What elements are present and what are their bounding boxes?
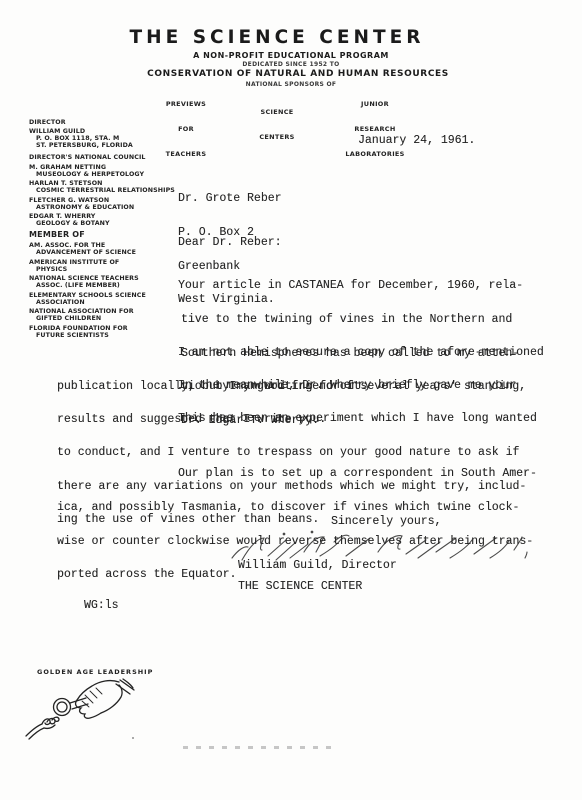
signed-name: William Guild, Director [238, 560, 397, 571]
scan-artifact-dashes [183, 746, 335, 749]
council-member-name: FLETCHER G. WATSON [29, 197, 181, 204]
director-city: ST. PETERSBURG, FLORIDA [29, 142, 181, 149]
membership-line: AM. ASSOC. FOR THE [29, 242, 181, 249]
body-line: Your article in CASTANEA for December, 1… [178, 280, 526, 291]
council-label: DIRECTOR'S NATIONAL COUNCIL [29, 154, 181, 161]
membership-line: ASSOCIATION [29, 299, 181, 306]
body-line: In the meanwhile, Dr. Wherry briefly gav… [57, 380, 516, 391]
scan-artifact-speck [132, 737, 134, 739]
sponsor-junior-research-laboratories: JUNIOR RESEARCH LABORATORIES [323, 84, 427, 174]
sponsor-line: LABORATORIES [323, 150, 427, 158]
council-member-field: ASTRONOMY & EDUCATION [29, 204, 181, 211]
director-address: P. O. BOX 1118, STA. M [29, 135, 181, 142]
sponsor-line: RESEARCH [323, 125, 427, 133]
sponsor-line: PREVIEWS [146, 100, 226, 108]
org-title: THE SCIENCE CENTER [0, 27, 568, 48]
salutation: Dear Dr. Reber: [178, 237, 282, 248]
body-line: tive to the twining of vines in the Nort… [178, 314, 526, 325]
golden-age-leadership-label: GOLDEN AGE LEADERSHIP [37, 668, 153, 676]
member-of-label: MEMBER OF [29, 230, 181, 239]
date-line: January 24, 1961. [358, 135, 475, 146]
org-subtitle-sponsors: NATIONAL SPONSORS OF [0, 81, 582, 88]
letter-document-page: THE SCIENCE CENTER A NON-PROFIT EDUCATIO… [0, 0, 582, 800]
membership-line: NATIONAL SCIENCE TEACHERS [29, 275, 181, 282]
council-member-field: COSMIC TERRESTRIAL RELATIONSHIPS [29, 187, 181, 194]
sponsor-line: SCIENCE [237, 108, 317, 116]
director-name: WILLIAM GUILD [29, 128, 181, 135]
membership-line: ASSOC. (LIFE MEMBER) [29, 282, 181, 289]
council-member-field: MUSEOLOGY & HERPETOLOGY [29, 171, 181, 178]
council-member-name: EDGAR T. WHERRY [29, 213, 181, 220]
body-line: This has been an experiment which I have… [57, 413, 537, 424]
membership-line: NATIONAL ASSOCIATION FOR [29, 308, 181, 315]
membership-line: AMERICAN INSTITUTE OF [29, 259, 181, 266]
sponsor-line: CENTERS [237, 133, 317, 141]
sponsor-science-centers: SCIENCE CENTERS [237, 92, 317, 158]
director-label: DIRECTOR [29, 119, 181, 126]
body-line: Our plan is to set up a correspondent in… [57, 468, 537, 479]
typist-initials: WG:ls [84, 600, 119, 611]
membership-line: ELEMENTARY SCHOOLS SCIENCE [29, 292, 181, 299]
sidebar: DIRECTOR WILLIAM GUILD P. O. BOX 1118, S… [29, 119, 181, 339]
org-subtitle-program: A NON-PROFIT EDUCATIONAL PROGRAM [0, 51, 582, 60]
body-line: I am not able to secure a copy of the af… [57, 347, 544, 358]
recipient-name: Dr. Grote Reber [178, 193, 282, 204]
body-line: ica, and possibly Tasmania, to discover … [57, 502, 537, 513]
sponsor-line: JUNIOR [323, 100, 427, 108]
letterhead: THE SCIENCE CENTER A NON-PROFIT EDUCATIO… [0, 0, 582, 88]
org-subtitle-conservation: CONSERVATION OF NATURAL AND HUMAN RESOUR… [7, 69, 582, 79]
signed-organization: THE SCIENCE CENTER [238, 581, 362, 592]
hand-passing-magnifying-glass-icon [24, 677, 142, 741]
membership-line: PHYSICS [29, 266, 181, 273]
council-member-name: M. GRAHAM NETTING [29, 164, 181, 171]
org-subtitle-dedicated: DEDICATED SINCE 1952 TO [0, 61, 582, 68]
council-member-name: HARLAN T. STETSON [29, 180, 181, 187]
membership-line: GIFTED CHILDREN [29, 315, 181, 322]
membership-line: ADVANCEMENT OF SCIENCE [29, 249, 181, 256]
council-member-field: GEOLOGY & BOTANY [29, 220, 181, 227]
handwritten-signature-icon [228, 522, 533, 564]
